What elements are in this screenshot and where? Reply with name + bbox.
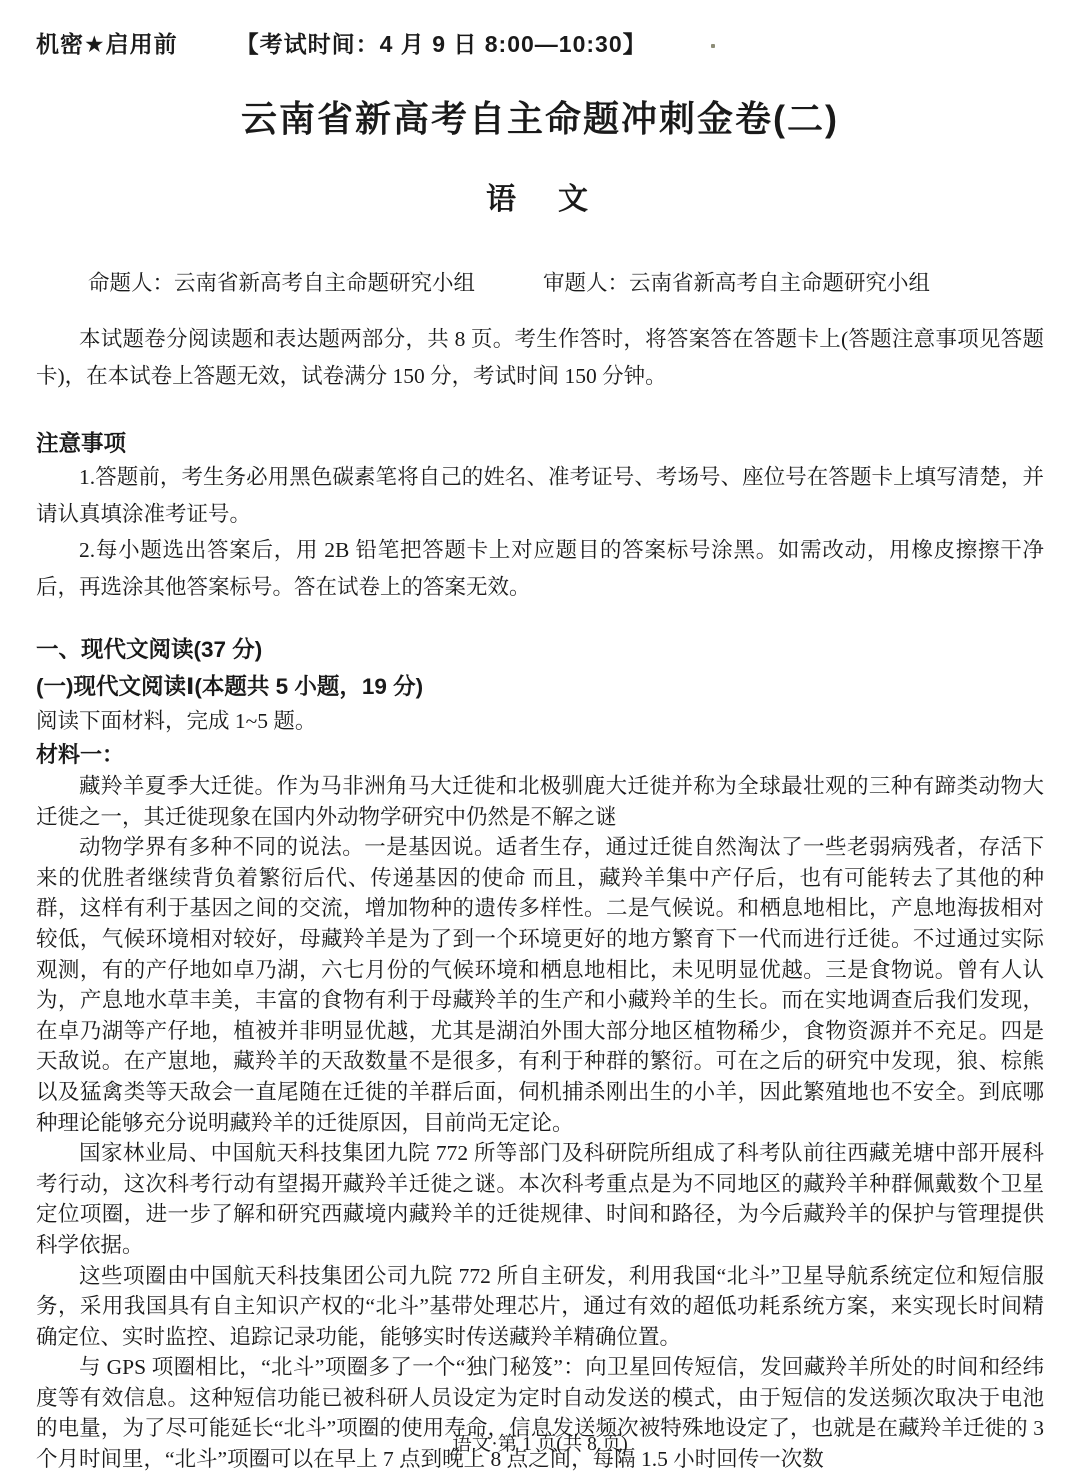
- subject-title: 语 文: [36, 174, 1044, 218]
- confidential-label: 机密★启用前: [36, 26, 178, 59]
- material1-paragraph: 动物学界有多种不同的说法。一是基因说。适者生存，通过迁徙自然淘汰了一些老弱病残者…: [36, 832, 1044, 1138]
- notice-item-1: 1.答题前，考生务必用黑色碳素笔将自己的姓名、准考证号、考场号、座位号在答题卡上…: [36, 459, 1044, 532]
- material1-paragraph: 这些项圈由中国航天科技集团公司九院 772 所自主研发，利用我国“北斗”卫星导航…: [36, 1261, 1044, 1353]
- material1-label: 材料一：: [36, 738, 1044, 771]
- reviewer-label: 审题人：云南省新高考自主命题研究小组: [543, 266, 930, 297]
- exam-time-label: 【考试时间：4 月 9 日 8:00—10:30】: [236, 26, 647, 59]
- material1-paragraph: 国家林业局、中国航天科技集团九院 772 所等部门及科研院所组成了科考队前往西藏…: [36, 1138, 1044, 1260]
- page-header: 机密★启用前 【考试时间：4 月 9 日 8:00—10:30】: [36, 26, 1044, 59]
- setter-label: 命题人：云南省新高考自主命题研究小组: [88, 266, 475, 297]
- paper-title: 云南省新高考自主命题冲刺金卷(二): [36, 91, 1044, 142]
- material1-paragraph: 藏羚羊夏季大迁徙。作为马非洲角马大迁徙和北极驯鹿大迁徙并称为全球最壮观的三种有蹄…: [36, 771, 1044, 832]
- notice-heading: 注意事项: [36, 429, 1044, 459]
- material1-paragraph: 与 GPS 项圈相比，“北斗”项圈多了一个“独门秘笈”：向卫星回传短信，发回藏羚…: [36, 1352, 1044, 1474]
- exam-paper-page: 机密★启用前 【考试时间：4 月 9 日 8:00—10:30】 云南省新高考自…: [0, 0, 1080, 1478]
- scan-speck-artifact: [711, 44, 715, 48]
- section-heading-part1: 一、现代文阅读(37 分): [36, 631, 1044, 668]
- reading-instruction: 阅读下面材料，完成 1~5 题。: [36, 705, 1044, 738]
- exam-intro-paragraph: 本试题卷分阅读题和表达题两部分，共 8 页。考生作答时，将答案答在答题卡上(答题…: [36, 321, 1044, 395]
- page-footer: 语文·第 1 页(共 8 页): [0, 1428, 1080, 1456]
- section-heading-sub1: (一)现代文阅读Ⅰ(本题共 5 小题，19 分): [36, 668, 1044, 705]
- authors-row: 命题人：云南省新高考自主命题研究小组 审题人：云南省新高考自主命题研究小组: [36, 266, 1044, 297]
- notice-item-2: 2.每小题选出答案后，用 2B 铅笔把答题卡上对应题目的答案标号涂黑。如需改动，…: [36, 532, 1044, 605]
- material1-body: 藏羚羊夏季大迁徙。作为马非洲角马大迁徙和北极驯鹿大迁徙并称为全球最壮观的三种有蹄…: [36, 771, 1044, 1475]
